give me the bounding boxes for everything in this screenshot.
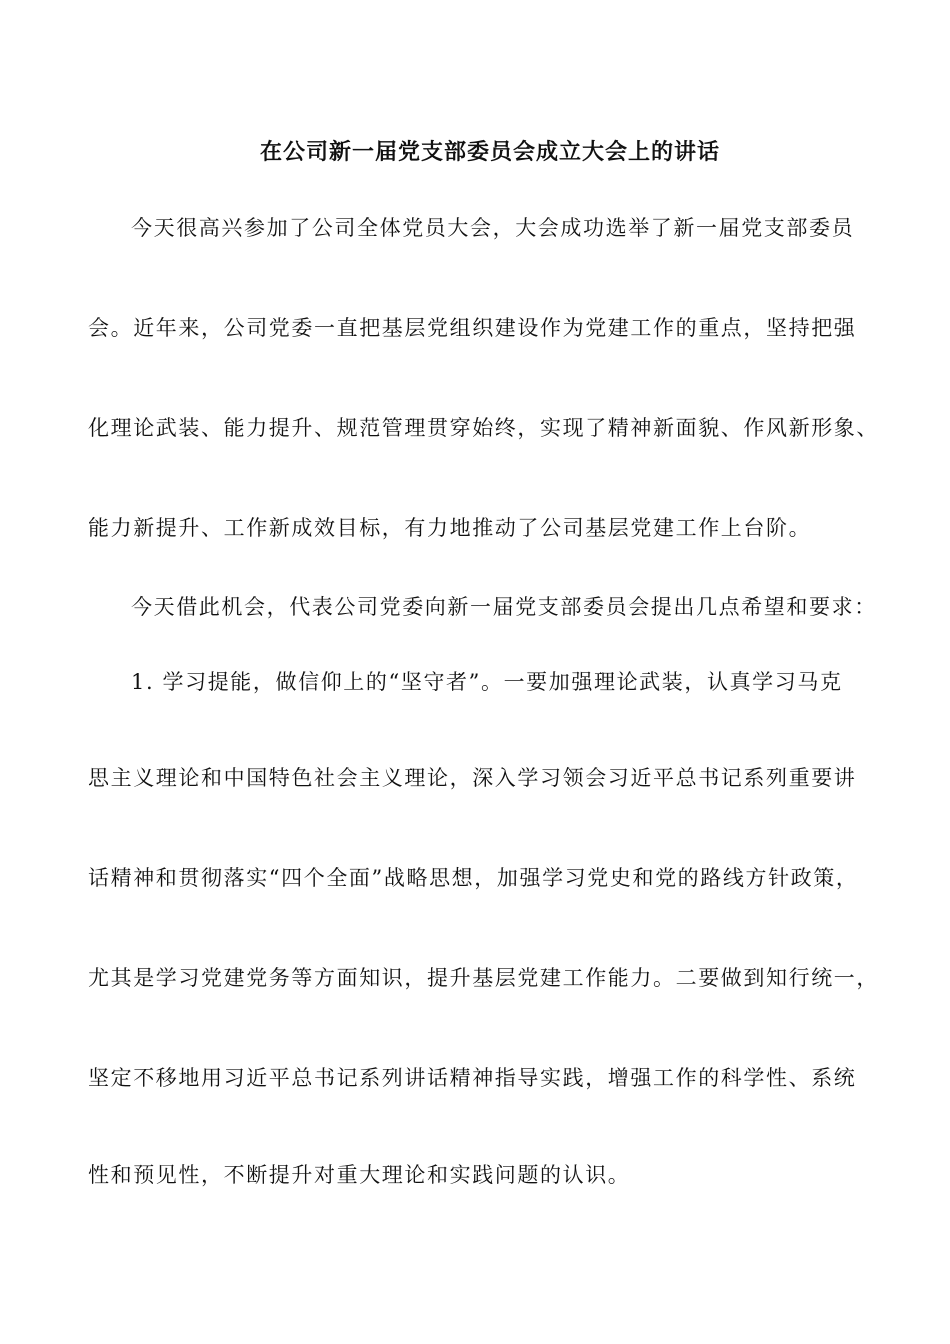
document-page: 在公司新一届党支部委员会成立大会上的讲话 今天很高兴参加了公司全体党员大会，大会…: [0, 0, 950, 1344]
paragraph-3-line-6: 性和预见性，不断提升对重大理论和实践问题的认识。: [88, 1159, 878, 1191]
paragraph-1-line-4: 能力新提升、工作新成效目标，有力地推动了公司基层党建工作上台阶。: [88, 512, 878, 544]
paragraph-3-line-5: 坚定不移地用习近平总书记系列讲话精神指导实践，增强工作的科学性、系统: [88, 1062, 878, 1094]
paragraph-2-line-1: 今天借此机会，代表公司党委向新一届党支部委员会提出几点希望和要求：: [131, 591, 921, 623]
paragraph-3-line-4: 尤其是学习党建党务等方面知识，提升基层党建工作能力。二要做到知行统一，: [88, 962, 878, 994]
paragraph-1-line-2: 会。近年来，公司党委一直把基层党组织建设作为党建工作的重点，坚持把强: [88, 312, 878, 344]
paragraph-1-line-3: 化理论武装、能力提升、规范管理贯穿始终，实现了精神新面貌、作风新形象、: [88, 412, 878, 444]
paragraph-3-line-2: 思主义理论和中国特色社会主义理论，深入学习领会习近平总书记系列重要讲: [88, 762, 878, 794]
paragraph-1-line-1: 今天很高兴参加了公司全体党员大会，大会成功选举了新一届党支部委员: [131, 212, 921, 244]
document-title: 在公司新一届党支部委员会成立大会上的讲话: [0, 136, 950, 170]
paragraph-3-line-3: 话精神和贯彻落实“四个全面”战略思想，加强学习党史和党的路线方针政策，: [88, 862, 878, 894]
paragraph-3-line-1: 1. 学习提能，做信仰上的“坚守者”。一要加强理论武装，认真学习马克: [131, 666, 921, 698]
